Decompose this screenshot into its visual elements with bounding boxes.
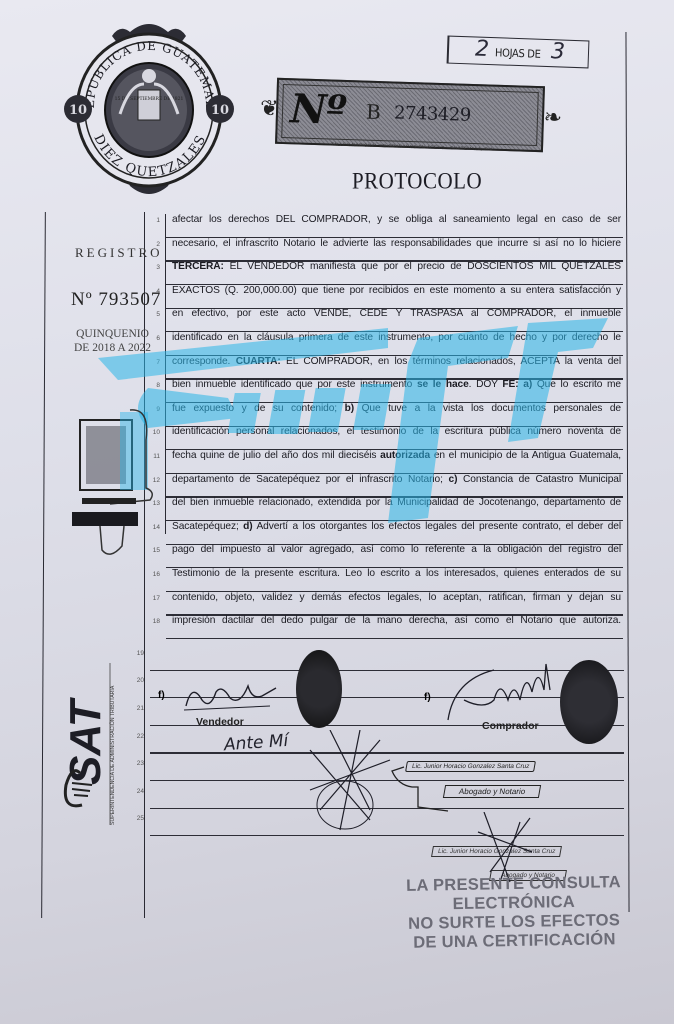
line-number: 5	[148, 311, 160, 318]
serial-series: B	[366, 100, 381, 124]
quinquenio: QUINQUENIO DE 2018 A 2022	[74, 327, 151, 355]
line-text: afectar los derechos DEL COMPRADOR, y se…	[172, 214, 621, 225]
quinquenio-line-2: DE 2018 A 2022	[74, 341, 151, 355]
line-text: contenido, objeto, validez y demás efect…	[172, 592, 621, 603]
right-margin-line	[625, 32, 629, 912]
line-number: 7	[148, 359, 160, 366]
line-text: Sacatepéquez; d) Advertí a los otorgante…	[172, 521, 621, 532]
text-line: 12departamento de Sacatepéquez por el in…	[166, 472, 623, 498]
line-number: 3	[148, 264, 160, 271]
seller-label: Vendedor	[196, 716, 244, 728]
text-line: 2necesario, el infrascrito Notario le ad…	[166, 236, 623, 262]
fiscal-stamp-icon	[70, 400, 166, 570]
text-line: 11fecha quine de julio del año dos mil d…	[166, 448, 623, 474]
electronic-consultation-disclaimer: LA PRESENTE CONSULTA ELECTRÓNICA NO SURT…	[393, 873, 634, 953]
line-number: 22	[132, 733, 144, 740]
line-number: 20	[132, 677, 144, 684]
line-number: 16	[148, 571, 160, 578]
sheet-total: 3	[551, 39, 566, 64]
line-text: pago del impuesto al valor agregado, así…	[172, 544, 621, 555]
line-text: necesario, el infrascrito Notario le adv…	[172, 238, 621, 249]
text-line: 3TERCERA: EL VENDEDOR manifiesta que por…	[166, 259, 623, 285]
line-number: 18	[148, 618, 160, 625]
seller-fingerprint-icon	[296, 650, 342, 728]
text-line: 14Sacatepéquez; d) Advertí a los otorgan…	[166, 519, 623, 545]
text-line: 9fue expuesto y de su contenido; b) Que …	[166, 401, 623, 427]
disclaimer-line-4: DE UNA CERTIFICACIÓN	[394, 930, 634, 953]
text-line: 17contenido, objeto, validez y demás efe…	[166, 590, 623, 616]
text-line: 8bien inmueble identificado que por este…	[166, 377, 623, 403]
line-number: 23	[132, 760, 144, 767]
line-text: fecha quine de julio del año dos mil die…	[172, 450, 621, 461]
sat-logo: SAT SUPERINTENDENCIA DE ADMINISTRACIÓN T…	[52, 655, 132, 830]
line-rule	[166, 638, 623, 639]
number-sign: Nº	[289, 82, 347, 138]
line-text: departamento de Sacatepéquez por el infr…	[172, 474, 621, 485]
line-number: 25	[132, 815, 144, 822]
text-line: 16Testimonio de la presente escritura. L…	[166, 566, 623, 592]
line-number: 19	[132, 650, 144, 657]
protocol-page: 15 DE SEPTIEMBRE DE 1821 REPUBLICA DE GU…	[0, 0, 674, 1024]
seller-signature-prefix: f)	[158, 690, 165, 701]
text-line: 1afectar los derechos DEL COMPRADOR, y s…	[166, 212, 623, 238]
sheet-count-box: 2 HOJAS DE 3	[447, 36, 590, 69]
serial-number-band: ❦ Nº B 2743429 ❧ TALLER NACIONAL DE GRAB…	[261, 77, 559, 152]
svg-text:SAT: SAT	[61, 697, 110, 785]
text-line: 4EXACTOS (Q. 200,000.00) que tiene por r…	[166, 283, 623, 309]
line-number: 2	[148, 241, 160, 248]
line-number: 6	[148, 335, 160, 342]
line-text: impresión dactilar del dedo pulgar de la…	[172, 615, 621, 626]
quinquenio-line-1: QUINQUENIO	[74, 327, 151, 341]
line-text: Testimonio de la presente escritura. Leo…	[172, 568, 621, 579]
line-text: fue expuesto y de su contenido; b) Que t…	[172, 403, 621, 414]
sheet-current: 2	[475, 37, 490, 62]
sheet-count-label: HOJAS DE	[495, 46, 541, 61]
line-number: 4	[148, 288, 160, 295]
notary-signature-icon	[300, 730, 400, 840]
line-number: 24	[132, 788, 144, 795]
buyer-fingerprint-icon	[560, 660, 618, 744]
line-number: 17	[148, 595, 160, 602]
buyer-signature-prefix: f)	[424, 692, 431, 703]
text-line: 18impresión dactilar del dedo pulgar de …	[166, 613, 623, 639]
line-text: del bien inmueble relacionado, extendida…	[172, 497, 621, 508]
line-text: corresponde. CUARTA: EL COMPRADOR, en lo…	[172, 356, 621, 367]
serial-number: 2743429	[394, 103, 471, 126]
svg-text:10: 10	[211, 103, 229, 118]
line-text: identificación personal relacionados, el…	[172, 426, 621, 437]
text-line: 6identificado en la cláusula primera de …	[166, 330, 623, 356]
line-text: en efectivo, por este acto VENDE, CEDE Y…	[172, 308, 621, 319]
text-line: 10identificación personal relacionados, …	[166, 424, 623, 450]
text-line: 5en efectivo, por este acto VENDE, CEDE …	[166, 306, 623, 332]
text-line: 7corresponde. CUARTA: EL COMPRADOR, en l…	[166, 354, 623, 380]
page-title: PROTOCOLO	[352, 168, 482, 196]
text-line: 15pago del impuesto al valor agregado, a…	[166, 542, 623, 568]
line-number: 1	[148, 217, 160, 224]
line-text: bien inmueble identificado que por este …	[172, 379, 621, 390]
buyer-label: Comprador	[482, 720, 539, 732]
line-number: 21	[132, 705, 144, 712]
ornament-right-icon: ❧	[543, 104, 562, 131]
line-number: 8	[148, 382, 160, 389]
text-line: 13del bien inmueble relacionado, extendi…	[166, 495, 623, 521]
line-text: TERCERA: EL VENDEDOR manifiesta que por …	[172, 261, 621, 272]
line-text: EXACTOS (Q. 200,000.00) que tiene por re…	[172, 285, 621, 296]
outer-margin-line	[41, 212, 46, 918]
svg-text:10: 10	[69, 103, 87, 118]
line-text: identificado en la cláusula primera de e…	[172, 332, 621, 343]
guatemala-seal: 15 DE SEPTIEMBRE DE 1821 REPUBLICA DE GU…	[60, 14, 238, 204]
